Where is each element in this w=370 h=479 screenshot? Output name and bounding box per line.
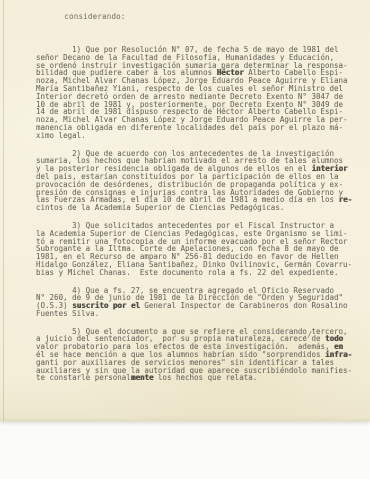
clipped-header-line: considerando: <box>36 13 362 21</box>
document-body: considerando: 1) Que por Resolución N° 0… <box>36 0 362 398</box>
paragraph: 4) Que a fs. 27, se encuentra agregado e… <box>36 287 362 318</box>
text-line: ximo legal. <box>36 132 362 140</box>
document-page: considerando: 1) Que por Resolución N° 0… <box>0 0 370 421</box>
paper-fold-line <box>3 0 4 421</box>
document-paragraphs: 1) Que por Resolución N° 07, de fecha 5 … <box>36 46 362 382</box>
text-line: cintos de la Academia Superior de Cienci… <box>36 204 362 212</box>
continuation-mark: ./ <box>303 330 312 339</box>
paragraph: 3) Que solicitados antecedentes por el F… <box>36 222 362 277</box>
text-line: te constarle personalmente los hechos qu… <box>36 374 362 382</box>
text-line: Fuentes Silva. <box>36 310 362 318</box>
paragraph: 5) Que el documento a que se refiere el … <box>36 328 362 383</box>
paragraph: 2) Que de acuerdo con los antecedentes d… <box>36 150 362 212</box>
paragraph: 1) Que por Resolución N° 07, de fecha 5 … <box>36 46 362 140</box>
text-line: bias y Michel Chanas. Este documento rol… <box>36 269 362 277</box>
